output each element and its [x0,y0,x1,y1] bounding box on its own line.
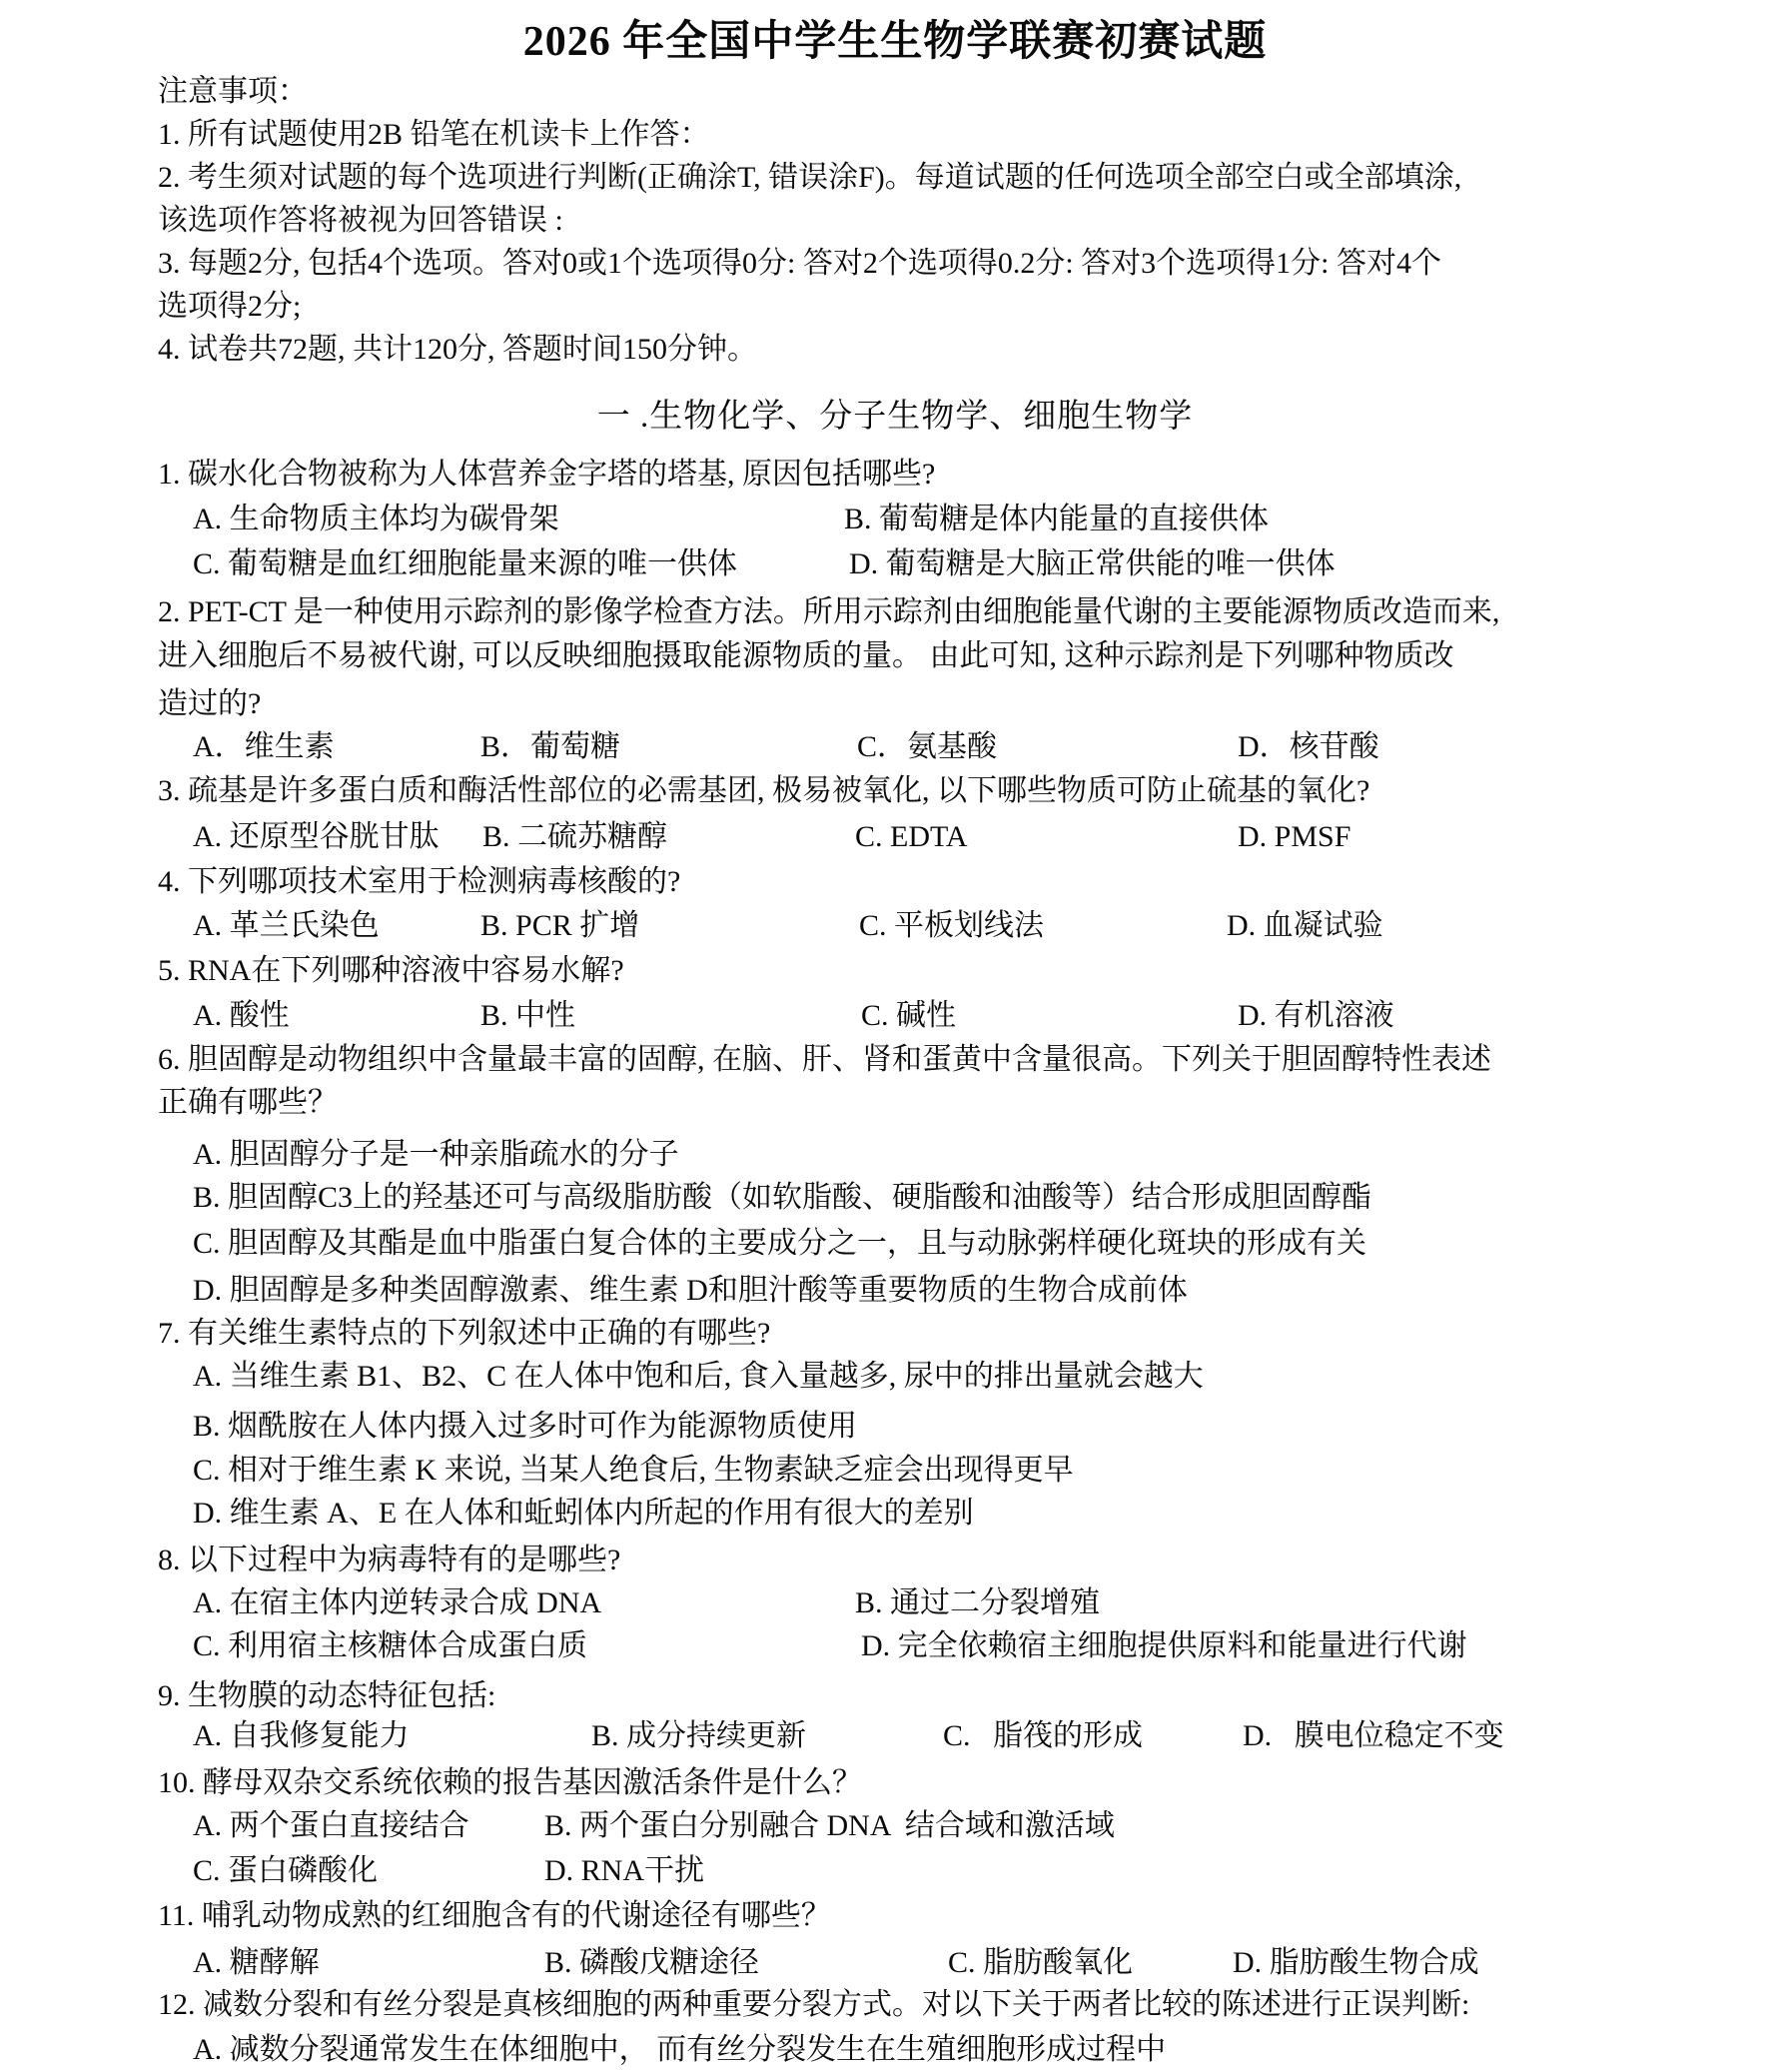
question-stem: 4. 下列哪项技术室用于检测病毒核酸的? [158,865,680,900]
option-item: B. 葡萄糖是体内能量的直接供体 [844,503,1269,537]
option-item: C. 脂筏的形成 [943,1719,1143,1754]
option-item: D. 膜电位稳定不变 [1243,1719,1504,1754]
question-stem: 正确有哪些？ [158,1086,338,1121]
option-item: D. RNA干扰 [544,1854,704,1889]
option-item: A. 在宿主体内逆转录合成 DNA [193,1586,601,1621]
option-item: B. 通过二分裂增殖 [855,1586,1100,1621]
option-item: C. 葡萄糖是血红细胞能量来源的唯一供体 [193,547,737,582]
option-item: B. 两个蛋白分别融合 DNA 结合域和激活域 [544,1809,1115,1844]
notice-line: 选项得2分; [158,290,301,325]
notice-line: 4. 试卷共72题, 共计120分, 答题时间150分钟。 [158,333,757,368]
option-item: B．葡萄糖 [480,730,620,765]
notice-line: 3. 每题2分, 包括4个选项。答对0或1个选项得0分: 答对2个选项得0.2分… [158,247,1441,282]
question-stem: 8. 以下过程中为病毒特有的是哪些? [158,1544,620,1578]
option-item: B. 二硫苏糖醇 [482,820,667,855]
option-item: A. 还原型谷胱甘肽 [193,820,440,855]
option-item: C. 蛋白磷酸化 [193,1854,378,1889]
option-item: D. 有机溶液 [1238,999,1394,1034]
question-stem: 5. RNA在下列哪种溶液中容易水解? [158,954,624,989]
option-item: C. 脂肪酸氧化 [948,1946,1133,1981]
question-stem: 1. 碳水化合物被称为人体营养金字塔的塔基, 原因包括哪些? [158,458,935,493]
option-item: B. PCR 扩增 [480,909,639,944]
option-item: C．氨基酸 [857,730,997,765]
option-item: C. 胆固醇及其酯是血中脂蛋白复合体的主要成分之一，且与动脉粥样硬化斑块的形成有… [193,1227,1366,1262]
option-item: C. 碱性 [861,999,956,1034]
option-item: A. 革兰氏染色 [193,909,380,944]
option-item: C. 平板划线法 [859,909,1044,944]
question-stem: 3. 疏基是许多蛋白质和酶活性部位的必需基团, 极易被氧化, 以下哪些物质可防止… [158,774,1369,809]
notice-line: 1. 所有试题使用2B 铅笔在机读卡上作答： [158,118,710,153]
question-stem: 6. 胆固醇是动物组织中含量最丰富的固醇, 在脑、肝、肾和蛋黄中含量很高。下列关… [158,1043,1491,1078]
option-item: C. EDTA [855,820,968,855]
question-stem: 10. 酵母双杂交系统依赖的报告基因激活条件是什么？ [158,1766,862,1801]
option-item: B. 成分持续更新 [591,1719,806,1754]
question-stem: 12. 减数分裂和有丝分裂是真核细胞的两种重要分裂方式。对以下关于两者比较的陈述… [158,1988,1469,2023]
option-item: D. PMSF [1238,820,1350,855]
notice-line: 2. 考生须对试题的每个选项进行判断(正确涂T, 错误涂F)。每道试题的任何选项… [158,161,1461,196]
paper-title: 2026 年全国中学生生物学联赛初赛试题 [0,8,1790,68]
question-stem: 2. PET-CT 是一种使用示踪剂的影像学检查方法。所用示踪剂由细胞能量代谢的… [158,595,1499,630]
option-item: C. 相对于维生素 K 来说, 当某人绝食后, 生物素缺乏症会出现得更早 [193,1454,1074,1489]
option-item: A. 酸性 [193,999,290,1034]
option-item: A．维生素 [193,730,335,765]
option-item: A. 胆固醇分子是一种亲脂疏水的分子 [193,1138,679,1173]
option-item: A. 当维生素 B1、B2、C 在人体中饱和后, 食入量越多, 尿中的排出量就会… [193,1360,1204,1395]
question-stem: 进入细胞后不易被代谢, 可以反映细胞摄取能源物质的量。 由此可知, 这种示踪剂是… [158,639,1454,674]
option-item: B. 磷酸戊糖途径 [544,1946,759,1981]
question-stem: 7. 有关维生素特点的下列叙述中正确的有哪些? [158,1317,770,1352]
option-item: A. 两个蛋白直接结合 [193,1809,469,1844]
option-item: D．核苷酸 [1238,730,1379,765]
question-stem: 11. 哺乳动物成熟的红细胞含有的代谢途径有哪些？ [158,1899,831,1934]
question-stem: 9. 生物膜的动态特征包括: [158,1679,495,1714]
option-item: A. 糖酵解 [193,1946,320,1981]
option-item: B. 烟酰胺在人体内摄入过多时可作为能源物质使用 [193,1410,857,1445]
option-item: D. 维生素 A、E 在人体和蚯蚓体内所起的作用有很大的差别 [193,1497,974,1532]
option-item: C. 利用宿主核糖体合成蛋白质 [193,1629,587,1664]
option-item: A. 减数分裂通常发生在体细胞中， 而有丝分裂发生在生殖细胞形成过程中 [193,2033,1166,2068]
option-item: D. 胆固醇是多种类固醇激素、维生素 D和胆汁酸等重要物质的生物合成前体 [193,1274,1188,1309]
notice-line: 该选项作答将被视为回答错误 : [158,204,563,239]
option-item: B. 胆固醇C3上的羟基还可与高级脂肪酸（如软脂酸、硬脂酸和油酸等）结合形成胆固… [193,1181,1371,1216]
exam-paper-page: 2026 年全国中学生生物学联赛初赛试题 注意事项：1. 所有试题使用2B 铅笔… [0,0,1790,2072]
notice-line: 注意事项： [158,75,308,110]
option-item: B. 中性 [480,999,575,1034]
option-item: D. 血凝试验 [1227,909,1383,944]
question-stem: 造过的? [158,687,261,722]
option-item: D. 葡萄糖是大脑正常供能的唯一供体 [849,547,1336,582]
option-item: D. 完全依赖宿主细胞提供原料和能量进行代谢 [861,1629,1467,1664]
section-heading: 一 .生物化学、分子生物学、细胞生物学 [0,390,1790,437]
option-item: A. 自我修复能力 [193,1719,410,1754]
option-item: D. 脂肪酸生物合成 [1233,1946,1479,1981]
option-item: A. 生命物质主体均为碳骨架 [193,503,559,537]
